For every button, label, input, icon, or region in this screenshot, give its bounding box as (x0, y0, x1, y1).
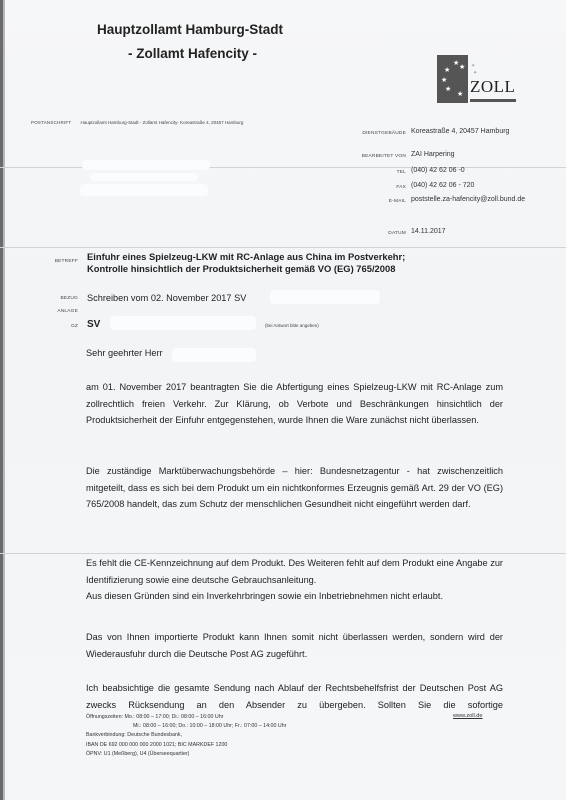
reference-value: Schreiben vom 02. November 2017 SV (87, 293, 246, 303)
paragraph-5: Ich beabsichtige die gesamte Sendung nac… (86, 680, 503, 714)
subject-label: BETREFF (38, 259, 78, 264)
redacted-recipient-address (90, 173, 198, 181)
contact-label: FAX (396, 185, 406, 190)
bank-details: Bankverbindung: Deutsche Bundesbank, (86, 731, 286, 740)
contact-label: TEL (397, 170, 406, 175)
subject-line: Einfuhr eines Spielzeug-LKW mit RC-Anlag… (87, 251, 405, 263)
star-icon: ★ (445, 86, 451, 93)
star-icon: ✦ (471, 63, 475, 70)
contact-label: DIENSTGEBÄUDE (362, 131, 406, 136)
paragraph-2: Die zuständige Marktüberwachungsbehörde … (86, 463, 503, 513)
contact-row-fax: FAX (040) 42 62 06 - 720 (330, 182, 566, 194)
office-name: - Zollamt Hafencity - (128, 46, 257, 61)
subject-text: Einfuhr eines Spielzeug-LKW mit RC-Anlag… (87, 251, 405, 275)
postal-address-label: POSTANSCHRIFT (31, 120, 71, 125)
contact-value: Koreastraße 4, 20457 Hamburg (411, 128, 509, 135)
redacted-recipient-address (82, 160, 210, 170)
file-number-label: GZ (38, 324, 78, 329)
star-icon: ★ (441, 77, 447, 84)
reference-label: BEZUG (38, 296, 78, 301)
paragraph-text: Das von Ihnen importierte Produkt kann I… (86, 629, 503, 662)
paragraph-text: am 01. November 2017 beantragten Sie die… (86, 379, 503, 429)
contact-value: (040) 42 62 06 -0 (411, 167, 465, 174)
subject-line: Kontrolle hinsichtlich der Produktsicher… (87, 263, 405, 275)
public-transport: ÖPNV: U1 (Meßberg), U4 (Überseequartier) (86, 750, 286, 759)
redacted-file-number (110, 316, 256, 330)
star-icon: ✦ (473, 70, 477, 77)
redacted-recipient-name (172, 348, 256, 362)
contact-row-handler: BEARBEITET VON ZAI Harpering (330, 151, 566, 163)
contact-value: (040) 42 62 06 - 720 (411, 182, 474, 189)
redacted-recipient-address (80, 184, 208, 196)
contact-email[interactable]: poststelle.za-hafencity@zoll.bund.de (411, 196, 525, 203)
logo-underline (470, 99, 516, 102)
paragraph-1: am 01. November 2017 beantragten Sie die… (86, 379, 503, 429)
contact-row-phone: TEL (040) 42 62 06 -0 (330, 167, 566, 179)
date-value: 14.11.2017 (411, 228, 446, 235)
page-edge-highlight (3, 0, 5, 800)
contact-value: ZAI Harpering (411, 151, 455, 158)
zoll-logo: ★ ★ ★ ★ ★ ★ ✦ ✦ ZOLL (437, 55, 517, 105)
redacted-reference (270, 290, 380, 304)
file-number-value: SV (87, 319, 100, 330)
opening-hours: Mi.: 08:00 – 16:00; Do.: 10:00 – 18:00 U… (86, 722, 286, 731)
date-label: DATUM (388, 231, 406, 236)
file-number-note: (bei Antwort bitte angeben) (265, 323, 319, 328)
paragraph-text: Ich beabsichtige die gesamte Sendung nac… (86, 680, 503, 714)
contact-label: BEARBEITET VON (362, 154, 406, 159)
postal-address: POSTANSCHRIFT Hauptzollamt Hamburg-Stadt… (31, 120, 243, 125)
paragraph-text: Die zuständige Marktüberwachungsbehörde … (86, 463, 503, 513)
contact-label: E-MAIL (389, 199, 406, 204)
star-icon: ★ (459, 64, 465, 71)
website-link[interactable]: www.zoll.de (453, 713, 483, 719)
paper-fold-line (0, 247, 566, 248)
star-icon: ★ (444, 67, 450, 74)
letter-page: Hauptzollamt Hamburg-Stadt - Zollamt Haf… (0, 0, 566, 800)
paragraph-3: Es fehlt die CE-Kennzeichnung auf dem Pr… (86, 555, 503, 605)
contact-row-email: E-MAIL poststelle.za-hafencity@zoll.bund… (330, 196, 566, 208)
paragraph-text: Es fehlt die CE-Kennzeichnung auf dem Pr… (86, 555, 503, 588)
date-row: DATUM 14.11.2017 (330, 228, 566, 240)
salutation: Sehr geehrter Herr (86, 345, 503, 362)
authority-name: Hauptzollamt Hamburg-Stadt (97, 22, 283, 37)
logo-wordmark: ZOLL (470, 77, 515, 97)
salutation-text: Sehr geehrter Herr (86, 345, 503, 362)
paper-fold-line (0, 553, 566, 554)
contact-row-building: DIENSTGEBÄUDE Koreastraße 4, 20457 Hambu… (330, 128, 566, 140)
paragraph-4: Das von Ihnen importierte Produkt kann I… (86, 629, 503, 662)
star-icon: ★ (457, 91, 463, 98)
paragraph-text: Aus diesen Gründen sind ein Inverkehrbri… (86, 588, 503, 605)
bank-details: IBAN DE 692 000 000 000 2000 1021; BIC M… (86, 741, 286, 750)
postal-address-value: Hauptzollamt Hamburg-Stadt - Zollamt Haf… (81, 120, 244, 125)
attachment-label: ANLAGE (38, 309, 78, 314)
opening-hours: Öffnungszeiten: Mo.: 08:00 – 17:00; Di.:… (86, 713, 286, 722)
footer: Öffnungszeiten: Mo.: 08:00 – 17:00; Di.:… (86, 713, 286, 759)
